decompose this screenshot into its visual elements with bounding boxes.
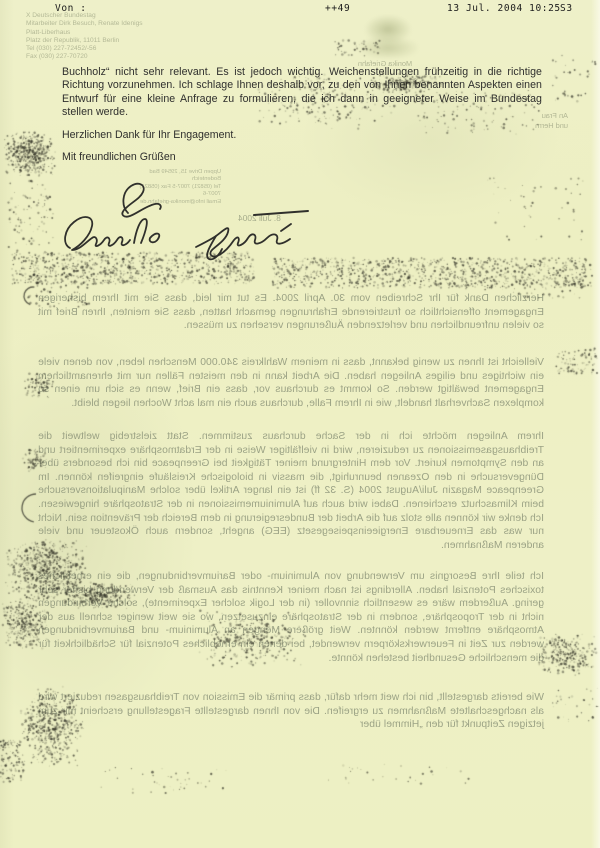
letterhead-bleed-line: X Deutscher Bundestag bbox=[26, 12, 184, 20]
letterhead-bleed-line: Tel (030) 227-72452/-56 bbox=[26, 45, 184, 53]
signature-descender-loop-stroke bbox=[207, 236, 222, 259]
contact-bleed-line: Email info@monika-griefahn.de bbox=[137, 199, 221, 206]
recipient-bleed-line: und Herrn bbox=[498, 121, 568, 131]
contact-bleed-line: Uppen Drive 15, 29549 Bad Bodenteich bbox=[137, 169, 221, 184]
bleed-through-paragraph: Wie bereits dargestellt, bin ich weit me… bbox=[38, 691, 544, 732]
contact-bleed-block: Uppen Drive 15, 29549 Bad Bodenteich Tel… bbox=[137, 169, 221, 206]
letterhead-bleed-line: Platt-Liberhaus bbox=[26, 29, 184, 37]
letterhead-bleed-line: Fax (030) 227-70720 bbox=[26, 53, 184, 61]
bleed-through-paragraph: Herzlichen Dank für Ihr Schreiben vom 30… bbox=[38, 292, 544, 333]
letter-closing-line: Mit freundlichen Grüßen bbox=[62, 151, 176, 163]
bleed-through-paragraph: Ich teile Ihre Besorgnis um Verwendung v… bbox=[38, 570, 544, 665]
letterhead-bleed-through: X Deutscher Bundestag Mitarbeiter Dirk B… bbox=[26, 12, 184, 62]
letterhead-bleed-line: Platz der Republik, 11011 Berlin bbox=[26, 37, 184, 45]
signature-tick-stroke bbox=[281, 224, 291, 231]
signature-last-name-stroke bbox=[196, 228, 290, 256]
letterhead-bleed-line: Mitarbeiter Dirk Besuch, Renate Idenigs bbox=[26, 20, 184, 28]
contact-bleed-line: Tel (05821) 7007-5 Fax (05821) 7007-6 bbox=[137, 184, 221, 199]
fax-timestamp: 13 Jul. 2004 10:25 bbox=[447, 3, 561, 14]
bleed-through-paragraph: Vielleicht ist Ihnen zu wenig bekannt, d… bbox=[38, 356, 544, 410]
fax-page: Von : ++49 13 Jul. 2004 10:25 S3 X Deuts… bbox=[0, 0, 600, 848]
letter-body-paragraph: Buchholz“ nicht sehr relevant. Es ist je… bbox=[62, 66, 542, 120]
bundesadler-watermark bbox=[358, 12, 418, 58]
fax-page-indicator: S3 bbox=[560, 3, 573, 14]
fax-dial-code: ++49 bbox=[325, 3, 350, 14]
date-bleed-line: 8. Juli 2004 bbox=[238, 213, 281, 223]
bleed-through-paragraph: Ihrem Anliegen möchte ich in der Sache d… bbox=[38, 430, 544, 552]
signature-first-name-stroke bbox=[65, 217, 130, 250]
letter-thanks-line: Herzlichen Dank für Ihr Engagement. bbox=[62, 129, 236, 141]
signature-ascender-stroke bbox=[134, 219, 147, 243]
signature-e-stroke bbox=[150, 234, 160, 243]
